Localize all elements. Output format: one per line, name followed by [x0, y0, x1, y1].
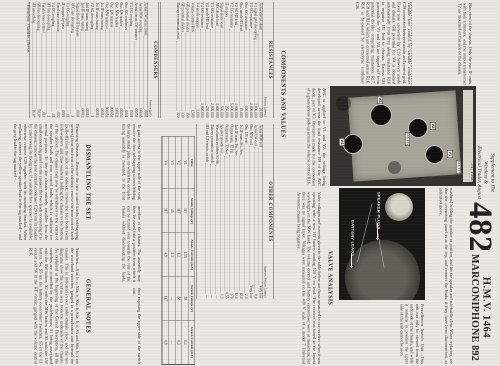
dotted-leader — [239, 32, 240, 106]
dotted-leader — [32, 24, 33, 108]
tuning-knob — [336, 96, 351, 111]
condensers-title: CONDENSERS — [153, 3, 158, 118]
row-value: .0003‡ — [113, 108, 118, 118]
circuit-description-end: Variable tone control by variable conden… — [287, 2, 412, 84]
row-value: 15,000 — [238, 108, 243, 118]
row-description: V4 CG resistance — [199, 3, 204, 28]
dotted-leader — [210, 29, 211, 102]
dotted-leader — [119, 27, 120, 107]
table-row: Battery economiser switch— — [209, 125, 214, 299]
row-description: Osc. MW coil — [248, 125, 253, 145]
dotted-leader — [205, 30, 206, 105]
dotted-leader — [37, 32, 38, 109]
dotted-leader — [76, 38, 77, 109]
dotted-leader — [225, 18, 226, 105]
row-description: Osc. MW trimmer — [104, 3, 109, 29]
supplement-line2: Electrical Trader, August 31, 1940 — [469, 145, 482, 200]
row-value: .1 — [89, 115, 94, 118]
valve-label-v2: V2 — [430, 122, 436, 130]
row-description: Variable tone control — [41, 3, 46, 33]
dotted-leader — [205, 163, 206, 294]
trimmer-knob — [388, 161, 401, 174]
row-description: Aerial MW coil — [258, 125, 263, 148]
table-row: Battery economiser resist.120 — [175, 3, 180, 118]
table-cell: V2 — [175, 137, 182, 190]
condensers-rows: Aerial LW series cond..0001Aerial MW cou… — [31, 3, 148, 118]
valve-v2 — [408, 118, 428, 138]
table-cell: 1.35 — [182, 233, 189, 277]
row-value: .0001‡ — [79, 108, 84, 118]
row-description: Output trans. T2 Sec. — [224, 125, 229, 156]
plan-view-photo: V1 V2 V3 V4 L16, L17 L18, L19 — [330, 86, 476, 186]
row-value: 20,000 — [258, 108, 263, 118]
other-components-table: OTHER COMPONENTS Approx. Values (ohms) A… — [196, 124, 274, 299]
other-components-rows: Aerial MW coilVery lowAerial LW coil8.0O… — [204, 125, 262, 299]
table-cell: 0.4 — [182, 321, 189, 365]
row-value: 500,000 — [219, 106, 224, 118]
table-cell: — — [169, 277, 176, 321]
dotted-leader — [80, 32, 81, 107]
row-value: — — [214, 295, 219, 299]
row-description: Battery economiser switch — [209, 125, 214, 163]
row-description: V2 CG resistance — [228, 3, 233, 28]
table-row: Osc. LW coil2.0 — [243, 125, 248, 299]
dotted-leader — [139, 33, 140, 106]
table-row: V4 CG coupling.01 — [50, 3, 55, 118]
table-row: Aerial MW coilVery low — [258, 125, 263, 299]
table-row: V3 anode HT feed250,000 — [204, 3, 209, 118]
row-value: 1,000,000 — [248, 103, 253, 117]
column-header: Screen Voltage (V) — [188, 277, 194, 321]
row-value: 1.3 — [219, 294, 224, 298]
table-cell: 4.9 — [162, 233, 169, 277]
row-value: 12.0 — [233, 292, 238, 298]
resistances-table: RESISTANCES Values (ohms) Aerial circuit… — [160, 2, 274, 118]
row-value: .0001‡ — [84, 108, 89, 118]
valve-v1 — [425, 145, 444, 164]
row-description: 1st IF trans. tuning — [94, 3, 99, 30]
table-cell: 117 — [175, 189, 182, 233]
dotted-leader — [225, 156, 226, 291]
battery-leads-text: BATTERY LEADS — [351, 220, 356, 256]
model-line2: MARCONIPHONE 892 — [469, 251, 481, 364]
table-row: Osc. MW tracker.0003‡ — [113, 3, 118, 118]
dotted-leader — [215, 27, 216, 103]
model-title: H.M.V. 1464 MARCONIPHONE 892 — [461, 251, 493, 364]
dotted-leader — [176, 41, 177, 111]
dotted-leader — [61, 30, 62, 108]
row-description: GB potential divider — [185, 3, 190, 33]
if-unit-label-1: L16, L17 — [456, 160, 461, 174]
table-row: Volume control R161,500 — [190, 3, 195, 118]
dotted-leader — [229, 155, 230, 292]
row-value: .0005† — [133, 108, 138, 118]
table-row: 1st IF trans. tuning.0001‡ — [99, 3, 104, 118]
row-value: .00005 — [138, 108, 143, 118]
condensers-table: CONDENSERS Values (µF) Aerial LW series … — [29, 2, 159, 118]
row-description: GB potential divider — [180, 3, 185, 33]
table-cell: 117 — [162, 189, 169, 233]
table-row: GB potential divider350 — [185, 3, 190, 118]
row-description: Osc. LW coil — [243, 125, 248, 144]
table-cell: 45 — [169, 189, 176, 233]
row-value: 350 — [185, 112, 190, 117]
table-cell: 1.2 — [175, 233, 182, 277]
row-description: Signal diode load — [219, 3, 224, 28]
supplement-header: Supplement to The Wireless & Electrical … — [469, 145, 496, 200]
row-description: Aerial MW coupling — [138, 3, 143, 33]
dotted-leader — [210, 164, 211, 294]
table-row: Variable tone control.01† — [41, 3, 46, 118]
table-row: V1 signal grid decoupling2,000,000 — [253, 3, 258, 118]
table-row: Osc. anode HT feed15,000 — [238, 3, 243, 118]
sheet-number: 482 — [455, 202, 497, 250]
dotted-leader — [220, 154, 221, 293]
row-value: Very low — [248, 285, 253, 298]
row-description: IF stopper — [224, 3, 229, 18]
dotted-leader — [200, 29, 201, 102]
row-value: 100,000 — [243, 106, 248, 118]
table-row: GB line decoupling50.0* — [36, 3, 41, 118]
row-description: Aerial circuit LW trimmer — [133, 3, 138, 41]
table-row: V3 CG resistance2,000,000 — [209, 3, 214, 118]
row-value: 5,000,000 — [228, 103, 233, 117]
table-row: Osc. CG condenser.0001 — [123, 3, 128, 118]
valve-label-v3: V3 — [377, 96, 383, 104]
row-value: Very low — [258, 285, 263, 298]
row-value: .0001‡ — [94, 108, 99, 118]
dotted-leader — [244, 31, 245, 105]
row-description: GB line decoupling — [36, 3, 41, 31]
valve-analysis-heading: VALVE ANALYSIS — [323, 192, 333, 364]
row-description: Osc. CG resistance — [243, 3, 248, 30]
table-row: Aerial circuit shunt20,000 — [258, 3, 263, 118]
dotted-leader — [244, 144, 245, 293]
row-value: 8.0 — [253, 294, 258, 298]
row-value: .002 — [55, 111, 60, 117]
row-value: .0001 — [60, 109, 65, 117]
dotted-leader — [144, 37, 145, 109]
row-description: 2nd IF trans. Pri., Sec. — [233, 125, 238, 157]
service-sheet-page: Plan view of the chassis. Only the two I… — [0, 0, 500, 366]
table-row: V3 CG coupling.01 — [65, 3, 70, 118]
dotted-leader — [85, 32, 86, 107]
row-description: IF stopper by-pass — [60, 3, 65, 30]
valve-label-v4: V4 — [339, 138, 345, 146]
table-row: HT smoothing16.0* — [31, 3, 36, 118]
table-row: AVC line decoupling.1 — [70, 3, 75, 118]
dotted-leader — [220, 29, 221, 105]
table-cell: 58 — [182, 277, 189, 321]
table-row: 1st IF trans. Pri., Sec.12.0 — [238, 125, 243, 299]
row-value: .01† — [41, 111, 46, 117]
row-description: Osc. LW trimmer — [109, 3, 114, 28]
table-row: 2nd IF trans. Pri., Sec.12.0 — [233, 125, 238, 299]
condensers-footnote: * Electrolytic. † Variable. ‡ Pre-set. — [22, 2, 30, 117]
table-row: V2 SG decoupling.1 — [89, 3, 94, 118]
plan-photo-caption: Plan view of the chassis. Only the two I… — [412, 2, 475, 87]
table-cell: 58 — [175, 277, 182, 321]
dotted-leader — [90, 30, 91, 114]
row-value: 2,000 — [194, 109, 199, 117]
press-button-paragraph: Press-Button Switch Unit.—This unit can … — [339, 304, 425, 364]
row-description: Osc. MW tracker — [113, 3, 118, 28]
row-description: Battery economiser resist. — [175, 3, 180, 40]
dotted-leader — [254, 41, 255, 102]
row-value: .0001 — [143, 109, 148, 117]
row-description: Aerial LW coil — [253, 125, 258, 146]
table-cell: 0.8 — [162, 321, 169, 365]
other-components-title: OTHER COMPONENTS — [268, 125, 273, 299]
row-description: V1 signal grid decoupling — [253, 3, 258, 40]
row-value: .0001‡ — [99, 108, 104, 118]
table-row: Speaker speech coil1.3 — [219, 125, 224, 299]
general-notes-heading: GENERAL NOTES — [82, 248, 91, 364]
table-cell: 117 — [182, 189, 189, 233]
valve-label-v1: V1 — [447, 150, 453, 158]
row-description: 2nd IF trans. tuning — [79, 3, 84, 31]
row-value: 120 — [175, 112, 180, 117]
dismantling-heading: DISMANTLING THE SET — [82, 124, 91, 240]
row-description: 1st IF trans. tuning — [99, 3, 104, 30]
row-description: V3 CG resistance — [209, 3, 214, 28]
row-description: V4 CG coupling — [50, 3, 55, 27]
scanned-service-sheet: Plan view of the chassis. Only the two I… — [0, 0, 500, 366]
row-description: Volume control R16 — [190, 3, 195, 32]
table-row: Aerial MW coupling.00005 — [138, 3, 143, 118]
row-value: .00005‡ — [109, 106, 114, 118]
row-description: V1 CG coupling — [128, 3, 133, 27]
table-row: 2nd IF trans. tuning.0001‡ — [84, 3, 89, 118]
dotted-leader — [181, 33, 182, 111]
row-value: .1 — [45, 115, 50, 118]
row-description: Osc. anode HT feed — [238, 3, 243, 32]
dotted-leader — [124, 31, 125, 108]
row-value: 16.0* — [31, 109, 36, 117]
row-value: — — [204, 295, 209, 299]
row-value: 1,500 — [190, 109, 195, 117]
dotted-leader — [249, 146, 250, 285]
table-cell: 117 — [162, 277, 169, 321]
table-row: Osc. MW trimmer.00005‡ — [104, 3, 109, 118]
row-value: 3,000,000 — [214, 103, 219, 117]
row-description: Output trans. T2 Pri. — [228, 125, 233, 155]
resistances-title: RESISTANCES — [268, 3, 273, 118]
row-value: .0001 — [128, 109, 133, 117]
row-value: 2,000,000 — [209, 103, 214, 117]
speaker-magnet — [385, 193, 413, 221]
speaker-plugs-arrow — [377, 223, 378, 240]
table-cell: — — [169, 321, 176, 365]
table-cell: V3 — [169, 137, 176, 190]
row-description: Aerial LW series cond. — [143, 3, 148, 36]
speaker-cone — [345, 240, 420, 300]
dotted-leader — [249, 29, 250, 102]
switch-access-paragraph: To gain access to the upper side of the … — [95, 124, 142, 364]
dotted-leader — [229, 29, 230, 102]
row-value: 1,000,000 — [199, 103, 204, 117]
dotted-leader — [100, 31, 101, 107]
row-description: 1st IF trans. Pri., Sec. — [238, 125, 243, 156]
dotted-leader — [66, 27, 67, 112]
table-row: AVC diode load3,000,000 — [214, 3, 219, 118]
table-cell: 0.3 — [175, 321, 182, 365]
row-description: Osc. CG condenser — [123, 3, 128, 31]
table-row: Fixed tone corrector.002 — [55, 3, 60, 118]
dotted-leader — [191, 33, 192, 109]
row-description: HT line decoupling — [45, 3, 50, 31]
column-header: Anode Current (mA) — [188, 233, 194, 277]
table-row: Osc. MW coilVery low — [248, 125, 253, 299]
dotted-leader — [110, 29, 111, 105]
table-row: 1st IF trans. tuning.0001‡ — [94, 3, 99, 118]
table-row: Osc. CG resistance100,000 — [243, 3, 248, 118]
row-value: — — [209, 295, 214, 299]
dotted-leader — [254, 147, 255, 293]
table-cell: V4 — [162, 137, 169, 190]
components-and-values-heading: COMPONENTS AND VALUES — [276, 2, 286, 186]
model-line1: H.M.V. 1464 — [481, 251, 493, 364]
row-description: V3 anode HT feed — [204, 3, 209, 30]
table-row: V2 SG HT feed1,000,000 — [233, 3, 238, 118]
table-row: Osc. LW trimmer.00005‡ — [109, 3, 114, 118]
row-value: .1 — [70, 115, 75, 118]
dotted-leader — [56, 33, 57, 111]
removing-chassis-paragraph: Removing Chassis.—Remove the two control… — [3, 124, 80, 240]
row-description: 2nd IF trans. tuning — [84, 3, 89, 31]
table-row: V2 CG resistance5,000,000 — [228, 3, 233, 118]
table-row: V1 CG coupling.0001 — [128, 3, 133, 118]
table-row: IF stopper by-pass.0001 — [60, 3, 65, 118]
row-value: .0005‡ — [118, 108, 123, 118]
row-description: Fixed tone corrector — [55, 3, 60, 32]
row-value: 1,000,000 — [233, 103, 238, 117]
battery-leads-arrow — [351, 253, 352, 268]
row-value: 250,000 — [224, 106, 229, 118]
table-row: HT line decoupling.1 — [45, 3, 50, 118]
table-row: Osc. LW tracker.0005‡ — [118, 3, 123, 118]
table-row: Signal diode load500,000 — [219, 3, 224, 118]
dotted-leader — [234, 158, 235, 292]
speaker-refit-paragraph: washers] holding the speaker in position… — [428, 188, 454, 364]
row-description: Signal diode IF by-pass — [75, 3, 80, 37]
row-description: Osc. LW tracker — [118, 3, 123, 27]
table-row: Signal diode IF by-pass.0001 — [75, 3, 80, 118]
resistances-rows: Aerial circuit shunt20,000V1 signal grid… — [175, 3, 262, 118]
dotted-leader — [239, 156, 240, 291]
row-value: .01 — [65, 113, 70, 117]
column-header: Valve — [188, 137, 194, 190]
table-row: V1 CG resistance1,000,000 — [248, 3, 253, 118]
table-row: Output trans. T2 Pri.370 — [228, 125, 233, 299]
table-row: Aerial circuit LW trimmer.0005† — [133, 3, 138, 118]
valve-v3 — [370, 104, 392, 126]
table-row: V4 CG resistance1,000,000 — [199, 3, 204, 118]
row-value: 50.0* — [36, 109, 41, 117]
battery-leads-label: BATTERY LEADS — [350, 220, 355, 256]
row-description: V1 CG resistance — [248, 3, 253, 28]
row-value: .00005‡ — [104, 106, 109, 118]
dotted-leader — [95, 31, 96, 107]
row-value: 2,000,000 — [253, 103, 258, 117]
dotted-leader — [259, 148, 260, 284]
table-cell: V1 — [182, 137, 189, 190]
dotted-leader — [42, 34, 43, 111]
table-cell: 2.3 — [169, 233, 176, 277]
row-description: AVC line decoupling — [70, 3, 75, 33]
dotted-leader — [234, 26, 235, 102]
row-value: 370 — [228, 293, 233, 298]
table-row: 2nd IF trans. tuning.0001‡ — [79, 3, 84, 118]
valve-analysis-table: ValveAnode Voltage (V)Anode Current (mA)… — [162, 136, 195, 365]
dotted-leader — [215, 165, 216, 294]
row-description: V2 SG decoupling — [89, 3, 94, 30]
dotted-leader — [71, 34, 72, 114]
table-row: Output trans. T2 Sec.0.55 — [224, 125, 229, 299]
row-value: .01 — [50, 113, 55, 117]
column-header: Screen Current (mA) — [188, 321, 194, 365]
table-row: Wavebands switches S1-S6— — [214, 125, 219, 299]
supplement-line1: Supplement to The Wireless & — [482, 145, 496, 200]
valve-v4 — [343, 134, 363, 154]
row-description: V4 anode stopper — [194, 3, 199, 28]
switches-paragraph: Switches.—S1a, b, c, S2a, b, S3a, b, S4a… — [3, 248, 80, 364]
dotted-leader — [46, 31, 47, 113]
dotted-leader — [129, 27, 130, 108]
table-row: GB potential divider130 — [180, 3, 185, 118]
dotted-leader — [114, 28, 115, 106]
dotted-leader — [134, 41, 135, 106]
table-row: Aerial LW coil8.0 — [253, 125, 258, 299]
valve-analysis-intro: Valve voltages and currents given in the… — [287, 192, 322, 364]
table-row: Aerial LW series cond..0001 — [143, 3, 148, 118]
row-value: 250,000 — [204, 106, 209, 118]
row-value: 2.0 — [243, 294, 248, 298]
row-description: V2 SG HT feed — [233, 3, 238, 26]
table-row: HT and LT circuits switch— — [204, 125, 209, 299]
row-description: Speaker speech coil — [219, 125, 224, 154]
row-value: 0.55 — [224, 292, 229, 298]
dotted-leader — [259, 31, 260, 106]
table-row: V4 anode stopper2,000 — [194, 3, 199, 118]
dotted-leader — [186, 33, 187, 111]
underside-view-photo: SPEAKER PLUGS BATTERY LEADS — [339, 188, 425, 300]
row-value: 130 — [180, 112, 185, 117]
row-description: HT and LT circuits switch — [204, 125, 209, 162]
row-description: Wavebands switches S1-S6 — [214, 125, 219, 164]
row-description: Aerial circuit shunt — [258, 3, 263, 31]
row-description: HT smoothing — [31, 3, 36, 24]
row-value: .0001 — [123, 109, 128, 117]
if-unit-label-2: L18, L19 — [405, 132, 410, 146]
column-header: Anode Voltage (V) — [188, 189, 194, 233]
dotted-leader — [105, 30, 106, 105]
row-value: 12.0 — [238, 292, 243, 298]
dotted-leader — [51, 27, 52, 112]
avc-paragraph: AVC is applied to V1 and V2, the voltage… — [287, 88, 327, 186]
dotted-leader — [195, 29, 196, 109]
row-description: V3 CG coupling — [65, 3, 70, 27]
row-description: AVC diode load — [214, 3, 219, 26]
row-value: .0001 — [75, 109, 80, 117]
